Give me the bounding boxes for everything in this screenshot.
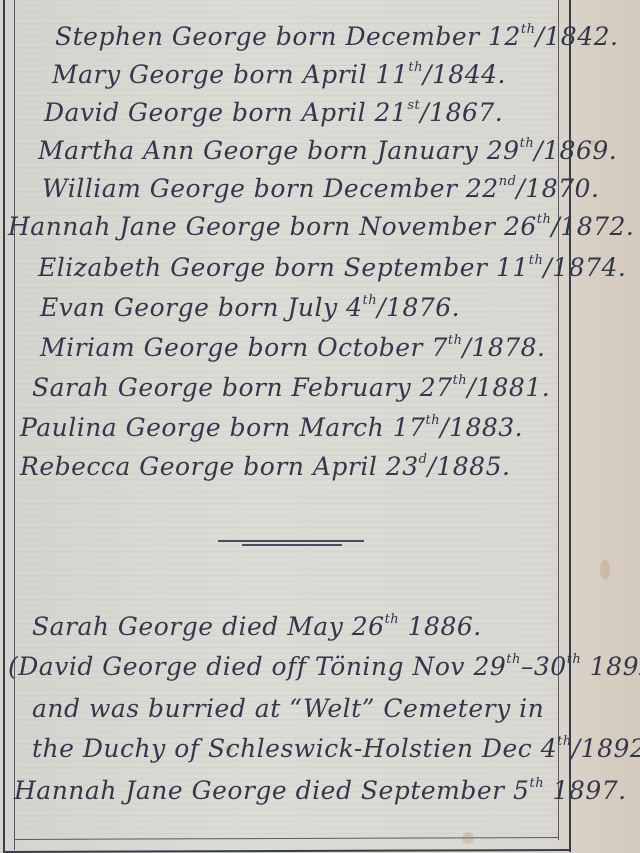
ordinal-suffix: th [506,652,521,667]
death-entry: Hannah Jane George died September 5th 18… [14,776,627,805]
birth-year: /1869. [534,136,617,165]
death-year: 1886. [399,612,482,641]
register-page: Stephen George born December 12th/1842.M… [0,0,640,853]
birth-entry: Evan George born July 4th/1876. [40,293,460,322]
birth-entry: Miriam George born October 7th/1878. [40,333,545,362]
birth-year: /1867. [420,98,503,127]
birth-entry: Mary George born April 11th/1844. [52,60,506,89]
birth-entry-text: Rebecca George born April 23 [20,452,419,481]
death-entry-text: Hannah Jane George died September 5 [14,776,529,805]
birth-entry-text: William George born December 22 [42,174,499,203]
death-entry: (David George died off Töning Nov 29th–3… [8,652,640,681]
birth-entry-text: Sarah George born February 27 [32,373,453,402]
birth-year: /1870. [516,174,599,203]
death-entry-text: and was burried at “Welt” Cemetery in [32,694,544,723]
birth-entry: Sarah George born February 27th/1881. [32,373,550,402]
death-entry: and was burried at “Welt” Cemetery in [32,694,544,723]
death-year: 1897. [544,776,627,805]
ordinal-suffix: th [529,253,544,268]
birth-entry: Martha Ann George born January 29th/1869… [38,136,617,165]
death-entry: Sarah George died May 26th 1886. [32,612,482,641]
ordinal-suffix: th [521,22,536,37]
birth-year: /1844. [423,60,506,89]
birth-entry-text: David George born April 21 [44,98,407,127]
ordinal-suffix: th [529,776,544,791]
birth-entry: David George born April 21st/1867. [44,98,503,127]
ordinal-suffix: nd [499,174,517,189]
death-entry-text: Sarah George died May 26 [32,612,385,641]
ordinal-suffix: th [363,293,378,308]
paper-stain [600,560,610,580]
birth-entry-text: Stephen George born December 12 [55,22,521,51]
border-inner-left [14,0,15,850]
ordinal-suffix: th [557,734,572,749]
border-outer-left [3,0,5,853]
birth-year: /1876. [377,293,460,322]
ordinal-suffix: th [408,60,423,75]
death-entry-text: (David George died off Töning Nov 29 [8,652,506,681]
ordinal-suffix: th [448,333,463,348]
death-entry: the Duchy of Schleswick-Holstien Dec 4th… [32,734,640,763]
birth-entry-text: Martha Ann George born January 29 [38,136,520,165]
death-entry-text: the Duchy of Schleswick-Holstien Dec 4 [32,734,557,763]
ordinal-suffix: th [426,413,441,428]
border-inner-right [558,0,559,840]
ordinal-suffix: th [453,373,468,388]
birth-entry: William George born December 22nd/1870. [42,174,599,203]
birth-year: /1842. [535,22,618,51]
birth-year: /1883. [440,413,523,442]
birth-entry-text: Paulina George born March 17 [20,413,426,442]
border-outer-right [569,0,571,852]
birth-entry: Elizabeth George born September 11th/187… [38,253,626,282]
birth-entry: Paulina George born March 17th/1883. [20,413,523,442]
ordinal-suffix: st [407,98,420,113]
birth-year: /1885. [427,452,510,481]
ordinal-suffix: th [520,136,535,151]
death-year: 1892 [581,652,640,681]
birth-year: /1878. [462,333,545,362]
ordinal-suffix: th [567,652,582,667]
border-outer-bottom [3,849,571,853]
birth-entry: Hannah Jane George born November 26th/18… [8,212,634,241]
birth-year: /1872. [551,212,634,241]
birth-entry-text: Hannah Jane George born November 26 [8,212,537,241]
ordinal-suffix: th [385,612,400,627]
birth-entry: Stephen George born December 12th/1842. [55,22,618,51]
birth-year: /1881. [467,373,550,402]
paper-stain [462,832,474,844]
birth-entry-text: Evan George born July 4 [40,293,363,322]
birth-entry: Rebecca George born April 23d/1885. [20,452,510,481]
ordinal-suffix: th [537,212,552,227]
birth-year: /1874. [543,253,626,282]
birth-entry-text: Elizabeth George born September 11 [38,253,529,282]
date-range: –30 [521,652,567,681]
birth-entry-text: Miriam George born October 7 [40,333,448,362]
section-divider [218,540,364,546]
death-year: /1892) [572,734,640,763]
birth-entry-text: Mary George born April 11 [52,60,408,89]
